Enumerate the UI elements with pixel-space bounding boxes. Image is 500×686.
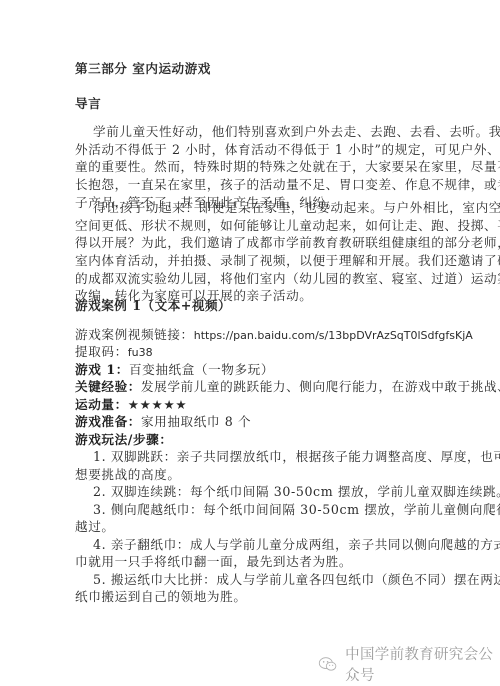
star-rating: ★★★★★	[128, 397, 187, 412]
prep: 家用抽取纸巾 8 个	[141, 414, 251, 429]
video-link-row: 游戏案例视频链接：https://pan.baidu.com/s/13bpDVr…	[75, 326, 473, 345]
paragraph-line: 的成都双流实验幼儿园，将他们室内（幼儿园的教室、寝室、过道）运动案例，进行筛选、	[75, 270, 500, 288]
exercise-label: 运动量：	[75, 397, 128, 412]
watermark-text: 中国学前教育研究会公众号	[345, 643, 500, 685]
steps-label: 游戏玩法/步骤：	[75, 431, 173, 449]
paragraph-2-line-1: 得让孩子动起来！即使是呆在家里，也要动起来。与户外相比，室内空间通常面积更小、	[93, 199, 500, 217]
exercise-row: 运动量：★★★★★	[75, 396, 187, 414]
intro-heading: 导言	[75, 95, 101, 113]
step-line: 巾就用一只手将纸巾翻一面，最先到达者为胜。	[75, 553, 352, 571]
game-title-label: 游戏 1：	[75, 362, 129, 377]
step-line: 5. 搬运纸巾大比拼：成人与学前儿童各四包纸巾（颜色不同）摆在两边，快速将对方的	[93, 571, 500, 589]
prep-row: 游戏准备：家用抽取纸巾 8 个	[75, 413, 251, 431]
watermark: 中国学前教育研究会公众号	[318, 652, 500, 676]
step-line: 纸巾搬运到自己的领地为胜。	[75, 588, 247, 606]
step-line: 2. 双脚连续跳：每个纸巾间隔 30-50cm 摆放，学前儿童双脚连续跳。	[93, 483, 500, 501]
step-line: 想要挑战的高度。	[75, 466, 181, 484]
section-title: 第三部分 室内运动游戏	[75, 60, 211, 78]
step-line: 1. 双脚跳跃：亲子共同摆放纸巾，根据孩子能力调整高度、厚度，也可让孩子自己摆放	[93, 448, 500, 466]
extract-code-label: 提取码：	[75, 344, 128, 359]
paragraph-line: 得以开展？为此，我们邀请了成都市学前教育教研联组健康组的部分老师，特定创编了一些	[75, 234, 500, 252]
step-line: 4. 亲子翻纸巾：成人与学前儿童分成两组，亲子共同以侧向爬越的方式，每越过一个纸	[93, 536, 500, 554]
prep-label: 游戏准备：	[75, 414, 141, 429]
paragraph-line: 童的重要性。然而，特殊时期的特殊之处就在于，大家要呆在家里，尽量不要外出。不少家	[75, 158, 500, 176]
paragraph-line: 学前儿童天性好动，他们特别喜欢到户外去走、去跑、去看、去听。我国幼儿园也有“户	[93, 123, 500, 141]
game-title: 百变抽纸盒（一物多玩）	[129, 362, 274, 377]
step-line: 越过。	[75, 518, 115, 536]
wechat-icon	[318, 654, 337, 674]
key-experience-label: 关键经验：	[75, 379, 141, 394]
extract-code-row: 提取码：fu38	[75, 343, 153, 362]
paragraph-line: 室内体育活动，并拍摄、录制了视频，以便于理解和开展。我们还邀请了研究室内体育活动	[75, 252, 500, 270]
key-experience: 发展学前儿童的跳跃能力、侧向爬行能力，在游戏中敢于挑战、坚持不懈。	[141, 379, 500, 394]
paragraph-line: 空间更低、形状不规则，如何能够让儿童动起来，如何让走、跑、投掷、平衡等大肌肉活动	[75, 217, 500, 235]
step-line: 3. 侧向爬越纸巾：每个纸巾间间隔 30-50cm 摆放，学前儿童侧向爬行，手从…	[93, 501, 500, 519]
video-link-label: 游戏案例视频链接：	[75, 327, 194, 342]
video-link[interactable]: https://pan.baidu.com/s/13bpDVrAzSqT0lSd…	[194, 329, 473, 342]
paragraph-line: 长抱怨，一直呆在家里，孩子的活动量不足、胃口变差、作息不规律，或者是长时间使用电	[75, 176, 500, 194]
paragraph-line: 外活动不得低于 2 小时，体育活动不得低于 1 小时”的规定，可见户外、户外运动…	[75, 141, 500, 159]
extract-code: fu38	[128, 346, 153, 359]
game-title-row: 游戏 1：百变抽纸盒（一物多玩）	[75, 361, 274, 379]
case-heading: 游戏案例 1（文本+视频）	[75, 297, 231, 315]
key-experience-row: 关键经验：发展学前儿童的跳跃能力、侧向爬行能力，在游戏中敢于挑战、坚持不懈。	[75, 378, 500, 396]
